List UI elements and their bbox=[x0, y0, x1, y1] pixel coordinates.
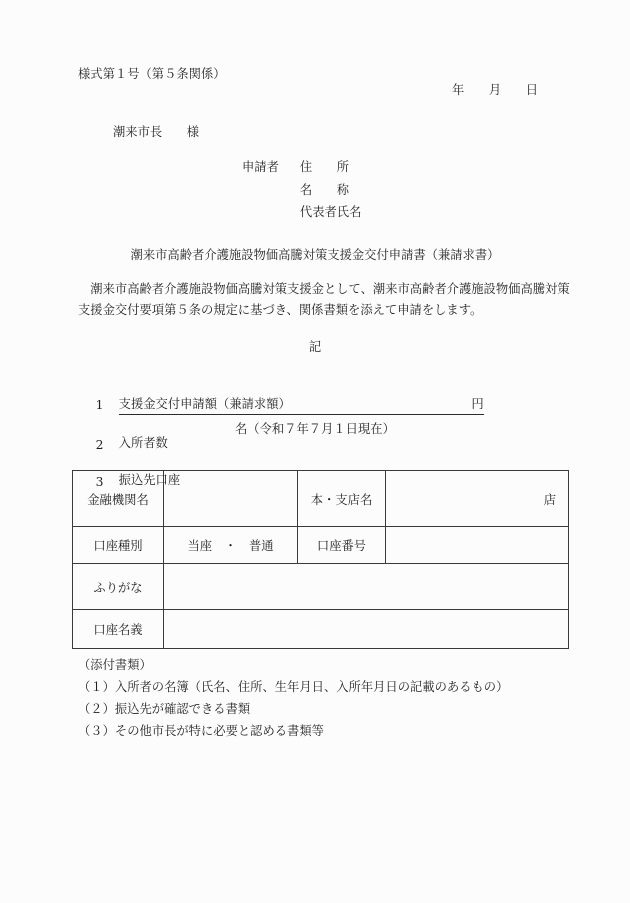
record-mark: 記 bbox=[0, 341, 630, 353]
applicant-name-label: 名 称 bbox=[300, 179, 362, 202]
attachment-item: （１）入所者の名簿（氏名、住所、生年月日、入所年月日の記載のあるもの） bbox=[78, 676, 508, 698]
bank-account-table: 金融機関名 本・支店名 店 口座種別 当座 ・ 普通 口座番号 ふりがな 口座名… bbox=[72, 470, 569, 649]
financial-institution-input-cell bbox=[164, 471, 298, 527]
table-row-account-holder: 口座名義 bbox=[73, 610, 569, 649]
applicant-block: 申請者 住 所 名 称 代表者氏名 bbox=[242, 156, 361, 224]
attachments-block: （添付書類） （１）入所者の名簿（氏名、住所、生年月日、入所年月日の記載のあるも… bbox=[78, 654, 508, 742]
applicant-label: 申請者 bbox=[242, 156, 279, 224]
account-type-options-cell: 当座 ・ 普通 bbox=[164, 527, 298, 564]
applicant-address-label: 住 所 bbox=[300, 156, 362, 179]
applicant-fields: 住 所 名 称 代表者氏名 bbox=[300, 156, 362, 224]
body-paragraph: 潮来市高齢者介護施設物価高騰対策支援金として、潮来市高齢者介護施設物価高騰対策支… bbox=[78, 279, 574, 320]
account-holder-input-cell bbox=[164, 610, 569, 649]
item-amount-label: 支援金交付申請額（兼請求額） bbox=[119, 394, 291, 414]
document-page: 様式第１号（第５条関係） 年 月 日 潮来市長 様 申請者 住 所 名 称 代表… bbox=[0, 0, 630, 903]
residents-count-suffix: 名（令和７年７月１日現在） bbox=[235, 419, 395, 437]
date-line: 年 月 日 bbox=[452, 84, 538, 96]
attachment-item: （３）その他市長が特に必要と認める書類等 bbox=[78, 720, 508, 742]
account-holder-label-cell: 口座名義 bbox=[73, 610, 164, 649]
document-title: 潮来市高齢者介護施設物価高騰対策支援金交付申請書（兼請求書） bbox=[0, 249, 630, 261]
item-amount-number: 1 bbox=[96, 395, 119, 415]
branch-label-cell: 本・支店名 bbox=[298, 471, 386, 527]
yen-unit-label: 円 bbox=[471, 394, 483, 414]
item-residents-number: 2 bbox=[96, 439, 119, 451]
furigana-label-cell: ふりがな bbox=[73, 564, 164, 610]
item-amount-row: 1 支援金交付申請額（兼請求額） 円 bbox=[80, 380, 484, 400]
amount-underline-field: 支援金交付申請額（兼請求額） 円 bbox=[119, 394, 484, 415]
attachment-item: （２）振込先が確認できる書類 bbox=[78, 698, 508, 720]
table-row-furigana: ふりがな bbox=[73, 564, 569, 610]
table-row-financial-institution: 金融機関名 本・支店名 店 bbox=[73, 471, 569, 527]
financial-institution-label-cell: 金融機関名 bbox=[73, 471, 164, 527]
table-row-account-type: 口座種別 当座 ・ 普通 口座番号 bbox=[73, 527, 569, 564]
branch-input-cell: 店 bbox=[386, 471, 569, 527]
item-residents-label: 入所者数 bbox=[119, 436, 168, 450]
form-number-label: 様式第１号（第５条関係） bbox=[78, 68, 226, 80]
addressee-label: 潮来市長 様 bbox=[113, 126, 199, 138]
furigana-input-cell bbox=[164, 564, 569, 610]
account-number-input-cell bbox=[386, 527, 569, 564]
account-number-label-cell: 口座番号 bbox=[298, 527, 386, 564]
applicant-representative-label: 代表者氏名 bbox=[300, 201, 362, 224]
account-type-label-cell: 口座種別 bbox=[73, 527, 164, 564]
attachments-heading: （添付書類） bbox=[78, 654, 508, 676]
